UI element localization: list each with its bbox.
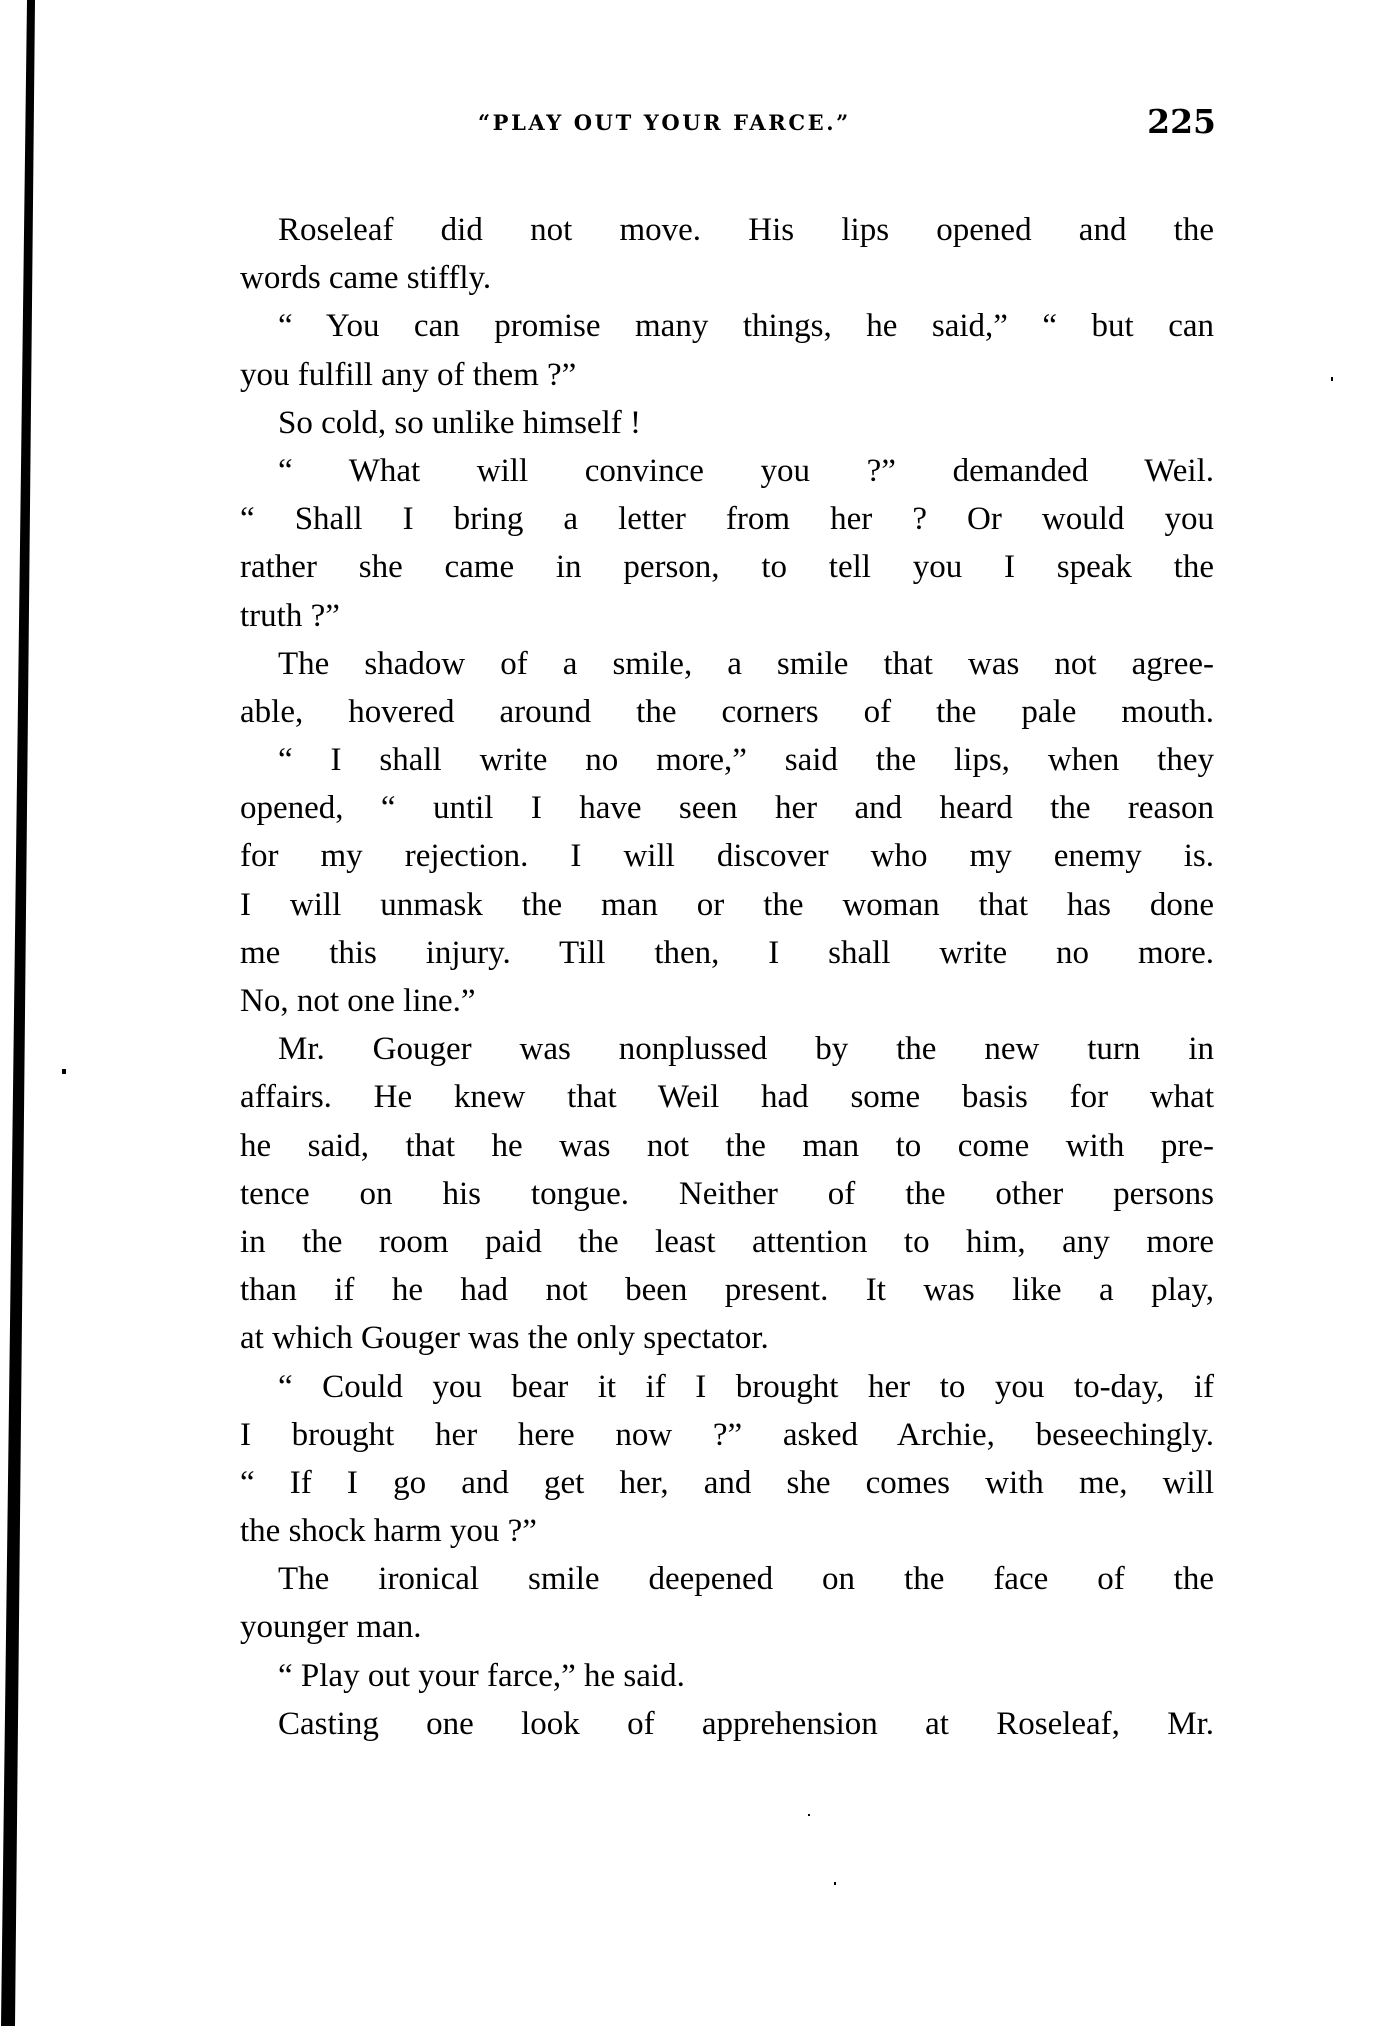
text-line: at which Gouger was the only spectator. (240, 1314, 1214, 1362)
text-line: The shadow of a smile, a smile that was … (240, 640, 1214, 688)
text-line: Casting one look of apprehension at Rose… (240, 1700, 1214, 1748)
text-line: rather she came in person, to tell you I… (240, 543, 1214, 591)
scan-speck (1331, 377, 1333, 381)
text-line: “ You can promise many things, he said,”… (240, 302, 1214, 350)
text-line: “ What will convince you ?” demanded Wei… (240, 447, 1214, 495)
text-line: younger man. (240, 1603, 1214, 1651)
text-line: No, not one line.” (240, 977, 1214, 1025)
scan-speck (834, 1882, 836, 1885)
book-page: “PLAY OUT YOUR FARCE.” 225 Roseleaf did … (0, 0, 1400, 2044)
body-text: Roseleaf did not move. His lips opened a… (240, 206, 1214, 1748)
text-line: you fulfill any of them ?” (240, 351, 1214, 399)
page-number: 225 (1146, 104, 1216, 140)
text-line: “ Shall I bring a letter from her ? Or w… (240, 495, 1214, 543)
text-line: he said, that he was not the man to come… (240, 1122, 1214, 1170)
text-line: words came stiffly. (240, 254, 1214, 302)
text-line: I will unmask the man or the woman that … (240, 881, 1214, 929)
text-line: the shock harm you ?” (240, 1507, 1214, 1555)
text-line: for my rejection. I will discover who my… (240, 832, 1214, 880)
binding-edge-rule (0, 0, 40, 2030)
text-line: affairs. He knew that Weil had some basi… (240, 1073, 1214, 1121)
text-line: truth ?” (240, 592, 1214, 640)
text-line: Roseleaf did not move. His lips opened a… (240, 206, 1214, 254)
running-title: “PLAY OUT YOUR FARCE.” (478, 108, 978, 138)
text-line: “ Could you bear it if I brought her to … (240, 1363, 1214, 1411)
text-line: than if he had not been present. It was … (240, 1266, 1214, 1314)
text-line: tence on his tongue. Neither of the othe… (240, 1170, 1214, 1218)
text-line: opened, “ until I have seen her and hear… (240, 784, 1214, 832)
text-line: So cold, so unlike himself ! (240, 399, 1214, 447)
text-line: “ If I go and get her, and she comes wit… (240, 1459, 1214, 1507)
text-line: “ I shall write no more,” said the lips,… (240, 736, 1214, 784)
text-line: in the room paid the least attention to … (240, 1218, 1214, 1266)
scan-speck (808, 1814, 810, 1816)
text-line: me this injury. Till then, I shall write… (240, 929, 1214, 977)
text-line: “ Play out your farce,” he said. (240, 1652, 1214, 1700)
text-line: Mr. Gouger was nonplussed by the new tur… (240, 1025, 1214, 1073)
text-line: I brought her here now ?” asked Archie, … (240, 1411, 1214, 1459)
text-line: able, hovered around the corners of the … (240, 688, 1214, 736)
scan-speck (62, 1069, 66, 1074)
text-line: The ironical smile deepened on the face … (240, 1555, 1214, 1603)
